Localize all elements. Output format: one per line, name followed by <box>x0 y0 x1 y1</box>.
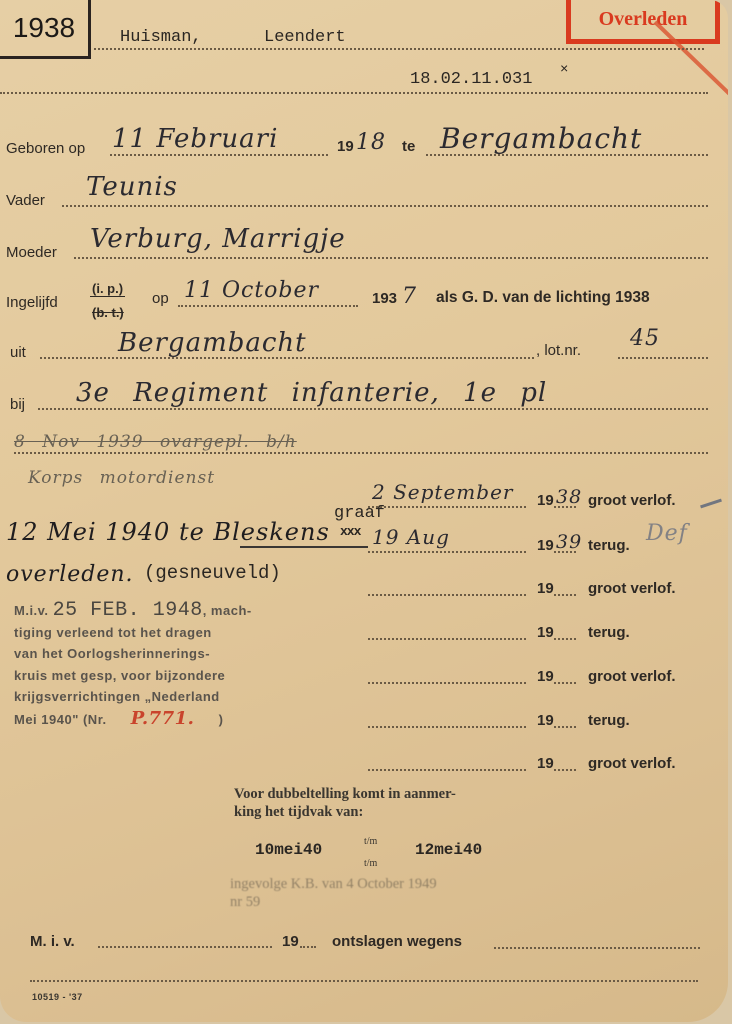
leave-year-line <box>554 594 576 596</box>
leave-year-prefix: 19 <box>537 755 554 772</box>
award-text-4: kruis met gesp, voor bijzondere <box>14 665 274 687</box>
leave-label: terug. <box>588 624 630 641</box>
award-text-3: van het Oorlogsherinnerings- <box>14 643 274 665</box>
leave-year-prefix: 19 <box>537 537 554 554</box>
footer-year-line <box>300 946 316 948</box>
tm-top: t/m <box>364 836 377 847</box>
surname: Huisman, <box>120 28 202 47</box>
note-corps: Korps motordienst <box>28 468 215 488</box>
footer-reason-line <box>494 947 700 949</box>
footer-year: 19 <box>282 933 299 950</box>
enlisted-year-prefix: 193 <box>372 290 397 307</box>
award-text-1: , mach- <box>203 603 252 618</box>
lot-label: , lot.nr. <box>536 342 581 359</box>
enlisted-on-label: op <box>152 290 169 307</box>
award-prefix: M.i.v. <box>14 603 49 618</box>
leave-date: 19 Aug <box>372 525 450 549</box>
leave-annotation: Def <box>646 521 688 546</box>
leave-year-prefix: 19 <box>537 624 554 641</box>
struck-text: xxx <box>340 524 360 539</box>
leave-label: terug. <box>588 537 630 554</box>
enlisted-date: 11 October <box>184 278 319 303</box>
leave-label: terug. <box>588 712 630 729</box>
award-stamped-date: 25 FEB. 1948 <box>53 599 203 622</box>
leave-date-line <box>368 682 526 684</box>
period-to: 12mei40 <box>415 841 482 859</box>
born-year: 18 <box>356 130 386 155</box>
enlisted-date-line <box>178 305 358 307</box>
first-name: Leendert <box>264 28 346 47</box>
from-label: uit <box>10 344 26 361</box>
born-place-label: te <box>402 138 415 155</box>
leave-label: groot verlof. <box>588 668 676 685</box>
leave-year-prefix: 19 <box>537 712 554 729</box>
with-line <box>38 408 708 410</box>
decree-reference: ingevolge K.B. van 4 October 1949 nr 59 <box>230 875 530 911</box>
leave-date-line <box>368 551 526 553</box>
leave-date-line <box>368 769 526 771</box>
footer-miv: M. i. v. <box>30 933 75 950</box>
award-text-6: Mei 1940" (Nr. <box>14 712 107 727</box>
award-text-2: tiging verleend tot het dragen <box>14 622 274 644</box>
leave-year-line <box>554 638 576 640</box>
leave-label: groot verlof. <box>588 492 676 509</box>
leave-year: 38 <box>556 486 582 508</box>
born-year-prefix: 19 <box>337 138 354 155</box>
notes-line <box>14 452 708 454</box>
father-name: Teunis <box>86 172 178 202</box>
award-block: M.i.v. 25 FEB. 1948, mach- tiging verlee… <box>14 600 274 730</box>
leave-year-prefix: 19 <box>537 492 554 509</box>
mother-name: Verburg, Marrigje <box>90 224 346 254</box>
lot-number: 45 <box>630 326 660 351</box>
award-close: ) <box>219 712 224 727</box>
born-place: Bergambacht <box>440 122 642 155</box>
enlisted-suffix: als G. D. van de lichting 1938 <box>436 289 650 307</box>
double-count-line-2: king het tijdvak van: <box>234 803 534 821</box>
tm-bottom: t/m <box>364 858 377 869</box>
born-date: 11 Februari <box>112 124 278 154</box>
father-label: Vader <box>6 192 45 209</box>
place-underline <box>240 546 368 548</box>
form-code: 10519 - '37 <box>32 992 83 1002</box>
award-text-5: krijgsverrichtingen „Nederland <box>14 686 274 708</box>
father-line <box>62 205 708 207</box>
unit: 3e Regiment infanterie, 1e pl <box>76 378 547 408</box>
death-word: overleden. <box>6 562 134 587</box>
born-date-line <box>110 154 328 156</box>
leave-label: groot verlof. <box>588 755 676 772</box>
enlisted-year: 7 <box>402 284 417 309</box>
leave-year-prefix: 19 <box>537 668 554 685</box>
decree-line-1: ingevolge K.B. van 4 October 1949 <box>230 875 530 893</box>
name-line <box>94 48 704 50</box>
born-label: Geboren op <box>6 140 85 157</box>
leave-date-line <box>368 726 526 728</box>
leave-date-line <box>368 506 526 508</box>
lot-line <box>618 357 708 359</box>
leave-year-line <box>554 726 576 728</box>
regnr-line <box>0 92 708 94</box>
mother-label: Moeder <box>6 244 57 261</box>
year-box: 1938 <box>0 0 91 59</box>
enlisted-label: Ingelijfd <box>6 294 58 311</box>
footer-dismissed: ontslagen wegens <box>332 933 462 950</box>
deceased-stamp: Overleden <box>566 0 720 44</box>
enlisted-fraction-bottom: (b. t.) <box>92 305 124 320</box>
mother-line <box>74 257 708 259</box>
leave-date-line <box>368 594 526 596</box>
registration-mark: × <box>560 62 568 78</box>
enlisted-fraction-top: (i. p.) <box>90 281 125 297</box>
award-number: P.771. <box>131 708 195 729</box>
with-label: bij <box>10 396 25 413</box>
footer-date-line <box>98 946 272 948</box>
leave-year: 39 <box>556 531 582 553</box>
leave-date: 2 September <box>372 480 513 504</box>
death-date-place: 12 Mei 1940 te Bleskens <box>6 518 330 546</box>
leave-year-prefix: 19 <box>537 580 554 597</box>
double-count-block: Voor dubbeltelling komt in aanmer- king … <box>234 785 534 821</box>
military-registration-card: 1938 Overleden Huisman, Leendert 18.02.1… <box>0 0 728 1022</box>
pen-mark <box>700 499 722 509</box>
note-transfer: 8 Nov 1939 ovargepl. b/h <box>14 432 297 452</box>
double-count-line-1: Voor dubbeltelling komt in aanmer- <box>234 785 534 803</box>
leave-date-line <box>368 638 526 640</box>
from-place: Bergambacht <box>118 328 307 358</box>
decree-line-2: nr 59 <box>230 893 530 911</box>
leave-year-line <box>554 769 576 771</box>
death-typed: (gesneuveld) <box>144 562 281 584</box>
footer-line-2 <box>30 980 698 982</box>
period-from: 10mei40 <box>255 841 322 859</box>
leave-label: groot verlof. <box>588 580 676 597</box>
leave-year-line <box>554 682 576 684</box>
registration-number: 18.02.11.031 <box>410 70 532 89</box>
